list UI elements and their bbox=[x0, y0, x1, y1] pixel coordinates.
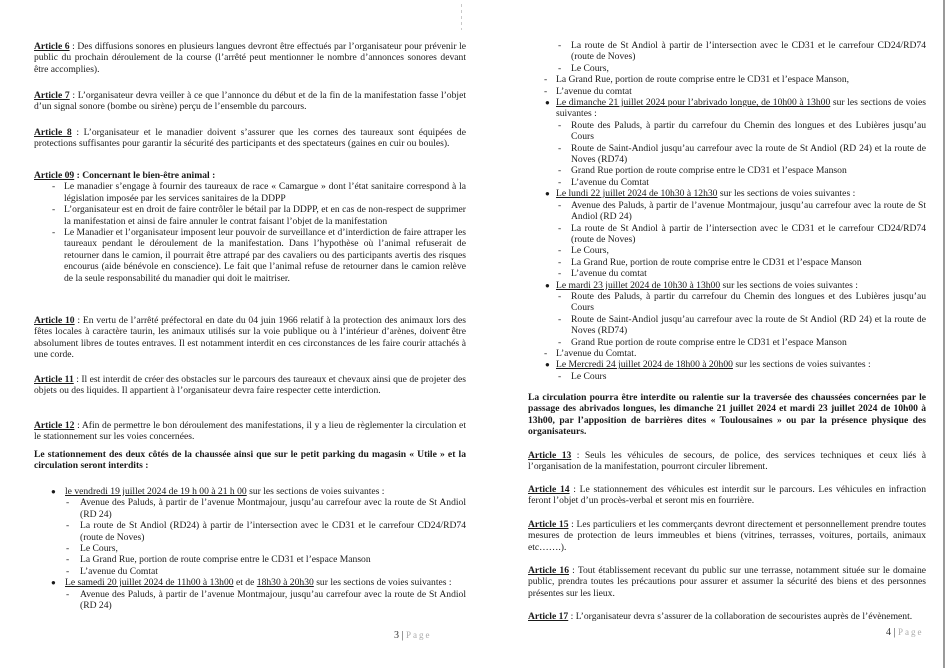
article-label: Article 11 bbox=[34, 374, 74, 385]
article-label: Article 12 bbox=[34, 420, 74, 431]
article-13: Article 13 : Seuls les véhicules de seco… bbox=[528, 450, 926, 473]
article-label: Article 16 bbox=[528, 565, 569, 576]
road-item: -L’avenue du Comtat bbox=[34, 566, 466, 577]
road-item: -Le Cours bbox=[528, 371, 926, 382]
article-11: Article 11 : Il est interdit de créer de… bbox=[34, 374, 466, 397]
road-item: -La Grand Rue, portion de route comprise… bbox=[528, 74, 926, 85]
bullet-marker: ● bbox=[51, 486, 56, 497]
article-label: Article 13 bbox=[528, 450, 571, 461]
article-label: Article 7 bbox=[34, 90, 70, 101]
schedule-date: le vendredi 19 juillet 2024 de 19 h 00 à… bbox=[65, 486, 247, 497]
road-item: -Avenue des Paluds, à partir de l’avenue… bbox=[528, 200, 926, 223]
list-item: -L’organisateur est en droit de faire co… bbox=[34, 204, 466, 227]
schedule-item: ●le vendredi 19 juillet 2024 de 19 h 00 … bbox=[34, 486, 466, 497]
road-item: -La route de St Andiol (RD24) à partir d… bbox=[34, 520, 466, 543]
article-label: Article 15 bbox=[528, 519, 569, 530]
page-number: 3 | Page bbox=[394, 630, 432, 641]
page-4: -La route de St Andiol à partir de l’int… bbox=[528, 0, 926, 668]
article-17: Article 17 : L’organisateur devra s’assu… bbox=[528, 611, 926, 622]
article-14: Article 14 : Le stationnement des véhicu… bbox=[528, 484, 926, 507]
road-item: -Le Cours, bbox=[528, 63, 926, 74]
article-label: Article 14 bbox=[528, 484, 570, 495]
list-item: -Le Manadier et l’organisateur imposent … bbox=[34, 227, 466, 284]
schedule-date: Le dimanche 21 juillet 2024 pour l’abriv… bbox=[556, 97, 830, 108]
schedule-item: ●Le Mercredi 24 juillet 2024 de 18h00 à … bbox=[528, 359, 926, 370]
road-item: -L’avenue du comtat bbox=[528, 268, 926, 279]
road-item: -Route des Paluds, à partir du carrefour… bbox=[528, 291, 926, 314]
schedule-item: ●Le dimanche 21 juillet 2024 pour l’abri… bbox=[528, 97, 926, 120]
page-3: Article 6 : Des diffusions sonores en pl… bbox=[34, 0, 466, 668]
article-6: Article 6 : Des diffusions sonores en pl… bbox=[34, 41, 466, 75]
article-10: Article 10 : En vertu de l’arrêté préfec… bbox=[34, 315, 466, 361]
road-item: -La Grand Rue, portion de route comprise… bbox=[528, 257, 926, 268]
dash-marker: - bbox=[52, 181, 55, 192]
article-8: Article 8 : L’organisateur et le manadie… bbox=[34, 127, 466, 150]
road-item: -La route de St Andiol à partir de l’int… bbox=[528, 223, 926, 246]
road-item: -L’avenue du Comtat bbox=[528, 177, 926, 188]
article-7: Article 7 : L’organisateur devra veiller… bbox=[34, 90, 466, 113]
road-item: -Le Cours, bbox=[528, 245, 926, 256]
road-item: -Avenue des Paluds, à partir de l’avenue… bbox=[34, 589, 466, 612]
article-16: Article 16 : Tout établissement recevant… bbox=[528, 565, 926, 599]
article-label: Article 17 bbox=[528, 611, 568, 622]
parking-heading: Le stationnement des deux côtés de la ch… bbox=[34, 449, 466, 472]
road-item: -Grand Rue portion de route comprise ent… bbox=[528, 165, 926, 176]
road-item: -Avenue des Paluds, à partir de l’avenue… bbox=[34, 497, 466, 520]
article-12: Article 12 : Afin de permettre le bon dé… bbox=[34, 420, 466, 443]
schedule-date: Le Mercredi 24 juillet 2024 de 18h00 à 2… bbox=[556, 359, 733, 370]
schedule-right: -La route de St Andiol à partir de l’int… bbox=[528, 40, 926, 382]
road-item: -La route de St Andiol à partir de l’int… bbox=[528, 40, 926, 63]
road-item: -La Grand Rue, portion de route comprise… bbox=[34, 554, 466, 565]
dash-marker: - bbox=[52, 227, 55, 238]
schedule-item: ●Le mardi 23 juillet 2024 de 10h30 à 13h… bbox=[528, 280, 926, 291]
road-item: -Route de Saint-Andiol jusqu’au carrefou… bbox=[528, 314, 926, 337]
article-label: Article 6 bbox=[34, 41, 70, 52]
bullet-marker: ● bbox=[51, 577, 56, 588]
schedule-left: ●le vendredi 19 juillet 2024 de 19 h 00 … bbox=[34, 486, 466, 611]
schedule-item: ●Le lundi 22 juillet 2024 de 10h30 à 12h… bbox=[528, 188, 926, 199]
road-item: -Grand Rue portion de route comprise ent… bbox=[528, 337, 926, 348]
road-item: -Route des Paluds, à partir du carrefour… bbox=[528, 120, 926, 143]
circulation-notice: La circulation pourra être interdite ou … bbox=[528, 392, 926, 438]
article-label: Article 8 bbox=[34, 127, 72, 138]
schedule-date: Le lundi 22 juillet 2024 de 10h30 à 12h3… bbox=[556, 188, 717, 199]
road-item: -Route de Saint-Andiol jusqu’au carrefou… bbox=[528, 143, 926, 166]
document-edge-border bbox=[943, 0, 945, 668]
road-item: -L’avenue du comtat bbox=[528, 86, 926, 97]
article-9-heading: Article 09 : Concernant le bien-être ani… bbox=[34, 170, 466, 181]
article-label: Article 10 bbox=[34, 315, 75, 326]
list-item: -Le manadier s’engage à fournir des taur… bbox=[34, 181, 466, 204]
dash-marker: - bbox=[52, 204, 55, 215]
page-number: 4 | Page bbox=[886, 627, 924, 638]
road-item: -L’avenue du Comtat. bbox=[528, 348, 926, 359]
schedule-item: ●Le samedi 20 juillet 2024 de 11h00 à 13… bbox=[34, 577, 466, 588]
road-item: -Le Cours, bbox=[34, 543, 466, 554]
article-9: Article 09 : Concernant le bien-être ani… bbox=[34, 170, 466, 284]
schedule-date: Le mardi 23 juillet 2024 de 10h30 à 13h0… bbox=[556, 280, 720, 291]
article-15: Article 15 : Les particuliers et les com… bbox=[528, 519, 926, 553]
schedule-date: Le samedi 20 juillet 2024 de 11h00 à 13h… bbox=[65, 577, 234, 588]
